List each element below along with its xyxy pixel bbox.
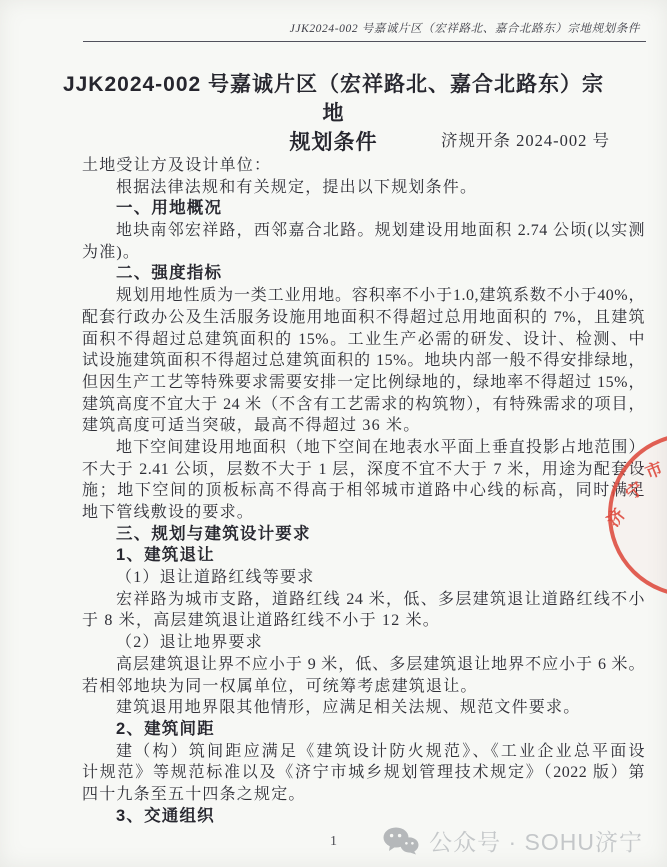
scanned-document-page: JJK2024-002 号嘉诚片区（宏祥路北、嘉合北路东）宗地规划条件 JJK2… (0, 0, 667, 867)
text-line: 若相邻地块为同一权属单位，可统筹考虑建筑退让。 (82, 676, 645, 698)
text-line: 根据法律法规和有关规定，提出以下规划条件。 (82, 177, 645, 199)
text-line: 建筑退用地界限其他情形，应满足相关法规、规范文件要求。 (82, 697, 645, 719)
text-line: 于 8 米，高层建筑退让道路红线不小于 12 米。 (82, 610, 645, 632)
text-line: 地块南邻宏祥路，西邻嘉合北路。规划建设用地面积 2.74 公顷(以实测 (82, 220, 645, 242)
document-number: 济规开条 2024-002 号 (82, 127, 610, 151)
text-line: 为准)。 (82, 242, 645, 264)
section-heading: 三、规划与建筑设计要求 (82, 524, 645, 546)
text-line: 计规范》等规范标准以及《济宁市城乡规划管理技术规定》（2022 版）第 (82, 762, 645, 784)
text-line: 面积不得超过总建筑面积的 15%。工业生产必需的研发、设计、检测、中 (82, 329, 645, 351)
document-body: 土地受让方及设计单位：根据法律法规和有关规定，提出以下规划条件。一、用地概况地块… (82, 155, 645, 827)
text-line: 不大于 2.41 公顷，层数不大于 1 层，深度不宜不大于 7 米，用途为配套设 (82, 459, 645, 481)
section-heading: 2、建筑间距 (82, 719, 645, 741)
seal-char: 市 (642, 458, 665, 483)
text-line: 规划用地性质为一类工业用地。容积率不小于1.0,建筑系数不小于40%， (82, 285, 645, 307)
text-line: 土地受让方及设计单位： (82, 155, 645, 177)
text-line: 宏祥路为城市支路，道路红线 24 米，低、多层建筑退让道路红线不小 (82, 589, 645, 611)
section-heading: 一、用地概况 (82, 198, 645, 220)
watermark-text: 公众号 · SOHU济宁 (429, 824, 643, 857)
running-header: JJK2024-002 号嘉诚片区（宏祥路北、嘉合北路东）宗地规划条件 (83, 20, 646, 36)
text-line: （2）退让地界要求 (82, 632, 645, 654)
text-line: 建筑高度不宜大于 24 米（不含有工艺需求的构筑物），有特殊需求的项目， (82, 394, 645, 416)
text-line: 四十九条至五十四条之规定。 (82, 784, 645, 806)
text-line: 建（构）筑间距应满足《建筑设计防火规范》、《工业企业总平面设 (82, 741, 645, 763)
text-line: 试设施建筑面积不得超过总建筑面积的 15%。地块内部一般不得安排绿地， (82, 350, 645, 372)
page-title-line1: JJK2024-002 号嘉诚片区（宏祥路北、嘉合北路东）宗地 (52, 70, 615, 128)
text-line: 施；地下空间的顶板标高不得高于相邻城市道路中心线的标高，同时满足 (82, 480, 645, 502)
section-heading: 二、强度指标 (82, 263, 645, 285)
text-line: 地下空间建设用地面积（地下空间在地表水平面上垂直投影占地范围） (82, 437, 645, 459)
section-heading: 1、建筑退让 (82, 545, 645, 567)
text-line: 建筑高度可适当突破，最高不得超过 36 米。 (82, 415, 645, 437)
text-line: 高层建筑退让界不应小于 9 米，低、多层建筑退让地界不应小于 6 米。 (82, 654, 645, 676)
text-line: （1）退让道路红线等要求 (82, 567, 645, 589)
page-number: 1 (330, 834, 337, 850)
watermark: 公众号 · SOHU济宁 (383, 824, 643, 857)
wechat-icon (383, 827, 419, 855)
text-line: 配套行政办公及生活服务设施用地面积不得超过总用地面积的 7%，且建筑 (82, 307, 645, 329)
header-rule (83, 41, 646, 42)
text-line: 但因生产工艺等特殊要求需要安排一定比例绿地的，绿地率不得超过 15%， (82, 372, 645, 394)
text-line: 地下管线敷设的要求。 (82, 502, 645, 524)
